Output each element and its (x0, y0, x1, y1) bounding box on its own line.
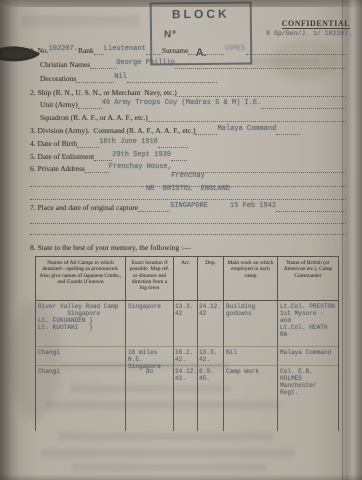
dotted-rule (85, 164, 109, 173)
dotted-rule (30, 191, 346, 200)
arrived-cell: 13.3. 42 (174, 301, 198, 347)
field-squadron: Squadron (R. A. F., or A. A. F., etc.) (30, 113, 346, 122)
rank-value: Lieutenant (104, 45, 146, 54)
dotted-rule (30, 215, 346, 224)
file-reference: 8 Gp/Gen/J. 1/ 102207. (266, 30, 352, 37)
service-number-value: 102207. (49, 45, 78, 54)
field-label: 5. Date of Enlistment (30, 152, 94, 161)
block-number-stamp: BLOCK Nº A. (150, 1, 253, 65)
ruled-line (30, 226, 346, 235)
bleed-through-smudge (40, 449, 295, 458)
bleed-through-smudge (22, 16, 140, 27)
ruled-line (30, 215, 346, 224)
bleed-through-smudge (72, 464, 267, 472)
field-label: 8. State to the best of your memory, the… (30, 243, 191, 252)
work-cell: Nil (224, 347, 278, 366)
dotted-rule (138, 203, 170, 212)
capture-date-value: 15 Feb 1942 (230, 202, 276, 211)
col-header-work: Main work on which employed in each camp (224, 257, 278, 301)
field-date-of-birth: 4. Date of Birth 18th June 1916 (30, 139, 346, 148)
dotted-rule (76, 74, 114, 83)
field-date-of-enlistment: 5. Date of Enlistment 29th Sept 1939 (30, 152, 346, 161)
field-label: 6. Private Address (30, 164, 85, 173)
dotted-rule (94, 152, 112, 161)
dotted-rule (261, 100, 346, 109)
field-label: Decorations (40, 74, 76, 83)
field-label: Squadron (R. A. F., or A. A. F., etc.) (40, 113, 148, 122)
field-memory-statement: 8. State to the best of your memory, the… (30, 243, 346, 252)
arrived-cell: 24.12. 42. (174, 366, 198, 431)
location-cell: do (126, 366, 174, 431)
camp-cell: River Valley Road Camp Singapore Lt. FUK… (36, 301, 126, 347)
col-header-location: Exact location if possible. Map ref. or … (126, 257, 174, 301)
dotted-rule (90, 60, 116, 69)
command-value: Malaya Command (217, 125, 276, 134)
bleed-through-smudge (58, 433, 273, 441)
field-decorations: Decorations Nil (30, 74, 346, 83)
field-label: 7. Place and date of original capture (30, 203, 138, 212)
commander-cell: Lt.Col. PRESTON 1st Mysore - and Lt.Col.… (278, 301, 338, 347)
surname-value: GOMES (224, 45, 245, 54)
dotted-rule (77, 139, 99, 148)
stamp-text: BLOCK (158, 7, 244, 22)
dotted-rule (171, 152, 187, 161)
address-line1-value: Frenchay House, (109, 163, 172, 172)
dotted-rule (246, 46, 347, 55)
dotted-rule (148, 113, 346, 122)
dotted-rule (276, 203, 346, 212)
col-header-commander: Name of British (or American etc.), Camp… (278, 257, 338, 301)
bleed-through-smudge (70, 385, 230, 393)
dotted-rule (188, 46, 224, 55)
unit-value: 46 Army Troops Coy (Madras S & M) I.E. (102, 99, 262, 108)
bottom-shadow (0, 474, 362, 480)
christian-names-value: George Phillip (116, 59, 175, 68)
dotted-rule (78, 100, 102, 109)
dotted-rule (158, 139, 188, 148)
dotted-rule (127, 74, 217, 83)
commander-cell: Col. E.B. HOLMES Manchester Regt. (278, 366, 338, 431)
field-unit-army: Unit (Army) 46 Army Troops Coy (Madras S… (30, 100, 346, 109)
dotted-rule (30, 226, 346, 235)
bleed-through-smudge (60, 363, 230, 370)
decorations-value: Nil (114, 73, 127, 82)
dotted-rule (195, 126, 217, 135)
ruled-line (30, 191, 346, 200)
binding-shadow (0, 0, 20, 480)
col-header-departed: Dep. (198, 257, 224, 301)
field-label: Unit (Army) (40, 100, 78, 109)
field-label: 3. Division (Army). Command (R. A. F., A… (30, 126, 195, 135)
spacer (208, 203, 230, 212)
bleed-through-smudge (250, 58, 320, 66)
commander-cell: Malaya Command (278, 347, 338, 366)
field-number-rank-surname: 1. No. 102207. Rank Lieutenant Surname G… (30, 46, 346, 55)
camp-cell: Changi (36, 366, 126, 431)
stamp-text: Nº (158, 28, 244, 40)
dotted-rule (146, 46, 162, 55)
location-cell: Singapore (126, 301, 174, 347)
field-division-command: 3. Division (Army). Command (R. A. F., A… (30, 126, 346, 135)
departed-cell: 24.12. 42 (198, 301, 224, 347)
field-label: 1. No. (30, 46, 49, 55)
date-of-birth-value: 18th June 1916 (99, 138, 158, 147)
work-cell: Camp Work (224, 366, 278, 431)
dotted-rule (276, 126, 300, 135)
field-label: Rank (78, 46, 94, 55)
dotted-rule (94, 46, 104, 55)
departed-cell: 6.9. 45. (198, 366, 224, 431)
field-label: 4. Date of Birth (30, 139, 77, 148)
classification-marking: CONFIDENTIAL (282, 19, 350, 29)
work-cell: Building godowns (224, 301, 278, 347)
col-header-camps: Names of All Camps in which detained—spe… (36, 257, 126, 301)
capture-place-value: SINGAPORE (170, 202, 208, 211)
field-ship: 2. Ship (R. N., U. S. N., or Merchant Na… (30, 88, 346, 97)
scanned-pow-questionnaire: BLOCK Nº A. CONFIDENTIAL 8 Gp/Gen/J. 1/ … (0, 0, 362, 480)
underlying-page-edge (342, 0, 343, 480)
field-place-date-capture: 7. Place and date of original capture SI… (30, 203, 346, 212)
page-curl-edge (340, 0, 362, 480)
field-label: 2. Ship (R. N., U. S. N., or Merchant Na… (30, 88, 177, 97)
field-label: Christian Names (40, 60, 90, 69)
field-label: Surname (162, 46, 189, 55)
dotted-rule (177, 88, 346, 97)
col-header-arrived: Arr. (174, 257, 198, 301)
enlistment-date-value: 29th Sept 1939 (112, 151, 171, 160)
bleed-through-smudge (45, 401, 280, 410)
